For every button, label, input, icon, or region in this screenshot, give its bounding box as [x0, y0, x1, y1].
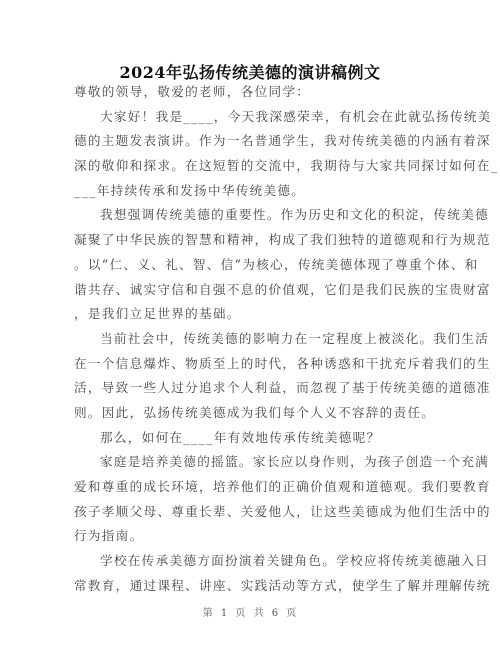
- text-line: 谐共存、诚实守信和自强不息的价值观，它们是我们民族的宝贵财富: [74, 278, 419, 303]
- text-line: ，是我们立足世界的基础。: [74, 302, 419, 327]
- text-line: 大家好！我是____，今天我深感荣幸，有机会在此就弘扬传统美: [74, 105, 419, 130]
- text-line: 在一个信息爆炸、物质至上的时代，各种诱惑和干扰充斥着我们的生: [74, 352, 419, 377]
- text-line: 常教育，通过课程、讲座、实践活动等方式，使学生了解并理解传统: [74, 574, 419, 599]
- page-number-footer: 第 1 页 共 6 页: [0, 604, 500, 619]
- text-line: 。以“仁、义、礼、智、信”为核心，传统美德体现了尊重个体、和: [74, 253, 419, 278]
- text-line: 孩子孝顺父母、尊重长辈、关爱他人，让这些美德成为他们生活中的: [74, 500, 419, 525]
- text-line: 那么，如何在____年有效地传承传统美德呢？: [74, 426, 419, 451]
- text-line: 家庭是培养美德的摇篮。家长应以身作则，为孩子创造一个充满: [74, 450, 419, 475]
- text-line: 德的主题发表演讲。作为一名普通学生，我对传统美德的内涵有着深: [74, 129, 419, 154]
- text-line: ___年持续传承和发扬中华传统美德。: [74, 179, 419, 204]
- text-line: 凝聚了中华民族的智慧和精神，构成了我们独特的道德观和行为规范: [74, 228, 419, 253]
- text-line: 当前社会中，传统美德的影响力在一定程度上被淡化。我们生活: [74, 327, 419, 352]
- text-line: 尊敬的领导，敬爱的老师，各位同学：: [74, 80, 419, 105]
- text-line: 活，导致一些人过分追求个人利益，而忽视了基于传统美德的道德准: [74, 376, 419, 401]
- text-line: 行为指南。: [74, 524, 419, 549]
- text-line: 则。因此，弘扬传统美德成为我们每个人义不容辞的责任。: [74, 401, 419, 426]
- text-line: 深的敬仰和探求。在这短暂的交流中，我期待与大家共同探讨如何在_: [74, 154, 419, 179]
- document-body: 尊敬的领导，敬爱的老师，各位同学： 大家好！我是____，今天我深感荣幸，有机会…: [74, 80, 419, 598]
- text-line: 爱和尊重的成长环境，培养他们的正确价值观和道德观。我们要教育: [74, 475, 419, 500]
- text-line: 我想强调传统美德的重要性。作为历史和文化的积淀，传统美德: [74, 203, 419, 228]
- text-line: 学校在传承美德方面扮演着关键角色。学校应将传统美德融入日: [74, 549, 419, 574]
